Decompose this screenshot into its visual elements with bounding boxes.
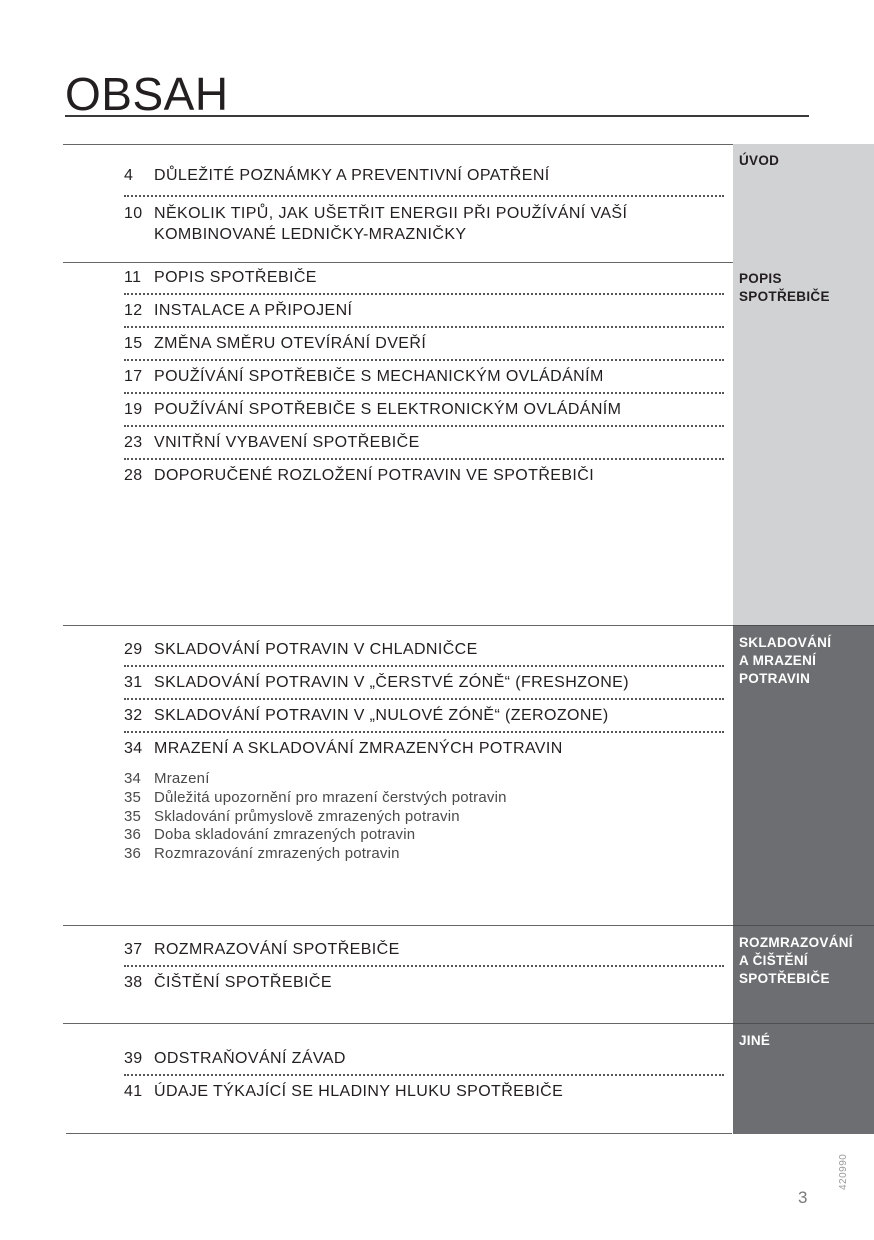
subentry-page: 36 [124, 845, 154, 864]
section-divider [63, 1023, 733, 1024]
entry-page: 19 [124, 399, 154, 420]
subentry-page: 35 [124, 789, 154, 808]
toc-entry[interactable]: 39 ODSTRAŇOVÁNÍ ZÁVAD [124, 1043, 724, 1074]
subentry-page: 36 [124, 826, 154, 845]
toc-entry[interactable]: 17 POUŽÍVÁNÍ SPOTŘEBIČE S MECHANICKÝM OV… [124, 361, 724, 392]
entry-title: ČIŠTĚNÍ SPOTŘEBIČE [154, 972, 724, 993]
bottom-divider [66, 1133, 732, 1134]
toc-subentry[interactable]: 36 Doba skladování zmrazených potravin [124, 826, 724, 845]
toc-entry[interactable]: 41 ÚDAJE TÝKAJÍCÍ SE HLADINY HLUKU SPOTŘ… [124, 1076, 724, 1107]
entry-page: 15 [124, 333, 154, 354]
subentry-page: 34 [124, 770, 154, 789]
toc-entry[interactable]: 23 VNITŘNÍ VYBAVENÍ SPOTŘEBIČE [124, 427, 724, 458]
entry-title: DOPORUČENÉ ROZLOŽENÍ POTRAVIN VE SPOTŘEB… [154, 465, 724, 486]
section-rozmrazovani: ROZMRAZOVÁNÍ A ČIŠTĚNÍ SPOTŘEBIČE 37 ROZ… [63, 925, 874, 1023]
section-tab-skladovani[interactable]: SKLADOVÁNÍ A MRAZENÍ POTRAVIN [733, 625, 874, 925]
entry-page: 29 [124, 639, 154, 660]
toc-entry[interactable]: 4 DŮLEŽITÉ POZNÁMKY A PREVENTIVNÍ OPATŘE… [124, 160, 724, 191]
toc-entry[interactable]: 29 SKLADOVÁNÍ POTRAVIN V CHLADNIČCE [124, 634, 724, 665]
entry-title: ÚDAJE TÝKAJÍCÍ SE HLADINY HLUKU SPOTŘEBI… [154, 1081, 724, 1102]
subentry-title: Skladování průmyslově zmrazených potravi… [154, 808, 460, 827]
toc-entry[interactable]: 31 SKLADOVÁNÍ POTRAVIN V „ČERSTVÉ ZÓNĚ“ … [124, 667, 724, 698]
entry-title: INSTALACE A PŘIPOJENÍ [154, 300, 724, 321]
subentry-title: Doba skladování zmrazených potravin [154, 826, 415, 845]
subentry-title: Rozmrazování zmrazených potravin [154, 845, 400, 864]
section-uvod: ÚVOD 4 DŮLEŽITÉ POZNÁMKY A PREVENTIVNÍ O… [63, 144, 874, 262]
entry-page: 41 [124, 1081, 154, 1102]
entry-title: SKLADOVÁNÍ POTRAVIN V CHLADNIČCE [154, 639, 724, 660]
toc-entry[interactable]: 37 ROZMRAZOVÁNÍ SPOTŘEBIČE [124, 934, 724, 965]
toc-entry[interactable]: 12 INSTALACE A PŘIPOJENÍ [124, 295, 724, 326]
toc-entry[interactable]: 19 POUŽÍVÁNÍ SPOTŘEBIČE S ELEKTRONICKÝM … [124, 394, 724, 425]
document-code: 420990 [838, 1154, 849, 1190]
toc-entry[interactable]: 32 SKLADOVÁNÍ POTRAVIN V „NULOVÉ ZÓNĚ“ (… [124, 700, 724, 731]
subentry-title: Mrazení [154, 770, 210, 789]
toc-subentry[interactable]: 35 Skladování průmyslově zmrazených potr… [124, 808, 724, 827]
section-jine: JINÉ 39 ODSTRAŇOVÁNÍ ZÁVAD 41 ÚDAJE TÝKA… [63, 1023, 874, 1134]
page-number: 3 [798, 1188, 807, 1208]
entry-page: 4 [124, 165, 154, 186]
entry-title: NĚKOLIK TIPŮ, JAK UŠETŘIT ENERGII PŘI PO… [154, 203, 674, 245]
entry-title: SKLADOVÁNÍ POTRAVIN V „NULOVÉ ZÓNĚ“ (ZER… [154, 705, 724, 726]
subentry-title: Důležitá upozornění pro mrazení čerstvýc… [154, 789, 507, 808]
toc-entry[interactable]: 10 NĚKOLIK TIPŮ, JAK UŠETŘIT ENERGII PŘI… [124, 197, 724, 250]
title-underline [65, 115, 809, 117]
toc-subentry[interactable]: 36 Rozmrazování zmrazených potravin [124, 845, 724, 864]
entry-page: 38 [124, 972, 154, 993]
section-tab-jine[interactable]: JINÉ [733, 1023, 874, 1134]
section-popis: POPIS SPOTŘEBIČE 11 POPIS SPOTŘEBIČE 12 … [63, 262, 874, 625]
entry-page: 37 [124, 939, 154, 960]
entry-page: 31 [124, 672, 154, 693]
entry-page: 28 [124, 465, 154, 486]
toc-subentry[interactable]: 34 Mrazení [124, 770, 724, 789]
toc-entry[interactable]: 15 ZMĚNA SMĚRU OTEVÍRÁNÍ DVEŘÍ [124, 328, 724, 359]
entry-page: 17 [124, 366, 154, 387]
entry-title: POUŽÍVÁNÍ SPOTŘEBIČE S MECHANICKÝM OVLÁD… [154, 366, 724, 387]
entry-title: VNITŘNÍ VYBAVENÍ SPOTŘEBIČE [154, 432, 724, 453]
page-title: OBSAH [65, 66, 229, 122]
entry-page: 10 [124, 203, 154, 245]
subentry-list: 34 Mrazení 35 Důležitá upozornění pro mr… [124, 770, 724, 864]
entry-title: ZMĚNA SMĚRU OTEVÍRÁNÍ DVEŘÍ [154, 333, 724, 354]
entry-title: MRAZENÍ A SKLADOVÁNÍ ZMRAZENÝCH POTRAVIN [154, 738, 724, 759]
section-tab-popis[interactable]: POPIS SPOTŘEBIČE [733, 262, 874, 625]
entry-page: 12 [124, 300, 154, 321]
section-divider [63, 625, 733, 626]
toc-entry[interactable]: 38 ČIŠTĚNÍ SPOTŘEBIČE [124, 967, 724, 998]
entry-page: 23 [124, 432, 154, 453]
section-skladovani: SKLADOVÁNÍ A MRAZENÍ POTRAVIN 29 SKLADOV… [63, 625, 874, 925]
entry-title: POPIS SPOTŘEBIČE [154, 267, 724, 288]
entry-title: SKLADOVÁNÍ POTRAVIN V „ČERSTVÉ ZÓNĚ“ (FR… [154, 672, 724, 693]
toc-entry[interactable]: 11 POPIS SPOTŘEBIČE [124, 262, 724, 293]
entry-title: DŮLEŽITÉ POZNÁMKY A PREVENTIVNÍ OPATŘENÍ [154, 165, 724, 186]
toc-entry[interactable]: 34 MRAZENÍ A SKLADOVÁNÍ ZMRAZENÝCH POTRA… [124, 733, 724, 764]
entry-title: ROZMRAZOVÁNÍ SPOTŘEBIČE [154, 939, 724, 960]
section-divider [63, 925, 733, 926]
entry-page: 32 [124, 705, 154, 726]
section-divider [63, 144, 733, 145]
section-tab-rozmrazovani[interactable]: ROZMRAZOVÁNÍ A ČIŠTĚNÍ SPOTŘEBIČE [733, 925, 874, 1023]
entry-title: POUŽÍVÁNÍ SPOTŘEBIČE S ELEKTRONICKÝM OVL… [154, 399, 724, 420]
entry-page: 34 [124, 738, 154, 759]
toc-subentry[interactable]: 35 Důležitá upozornění pro mrazení čerst… [124, 789, 724, 808]
entry-title: ODSTRAŇOVÁNÍ ZÁVAD [154, 1048, 724, 1069]
section-tab-uvod[interactable]: ÚVOD [733, 144, 874, 262]
entry-page: 11 [124, 267, 154, 288]
toc-entry[interactable]: 28 DOPORUČENÉ ROZLOŽENÍ POTRAVIN VE SPOT… [124, 460, 724, 491]
entry-page: 39 [124, 1048, 154, 1069]
subentry-page: 35 [124, 808, 154, 827]
